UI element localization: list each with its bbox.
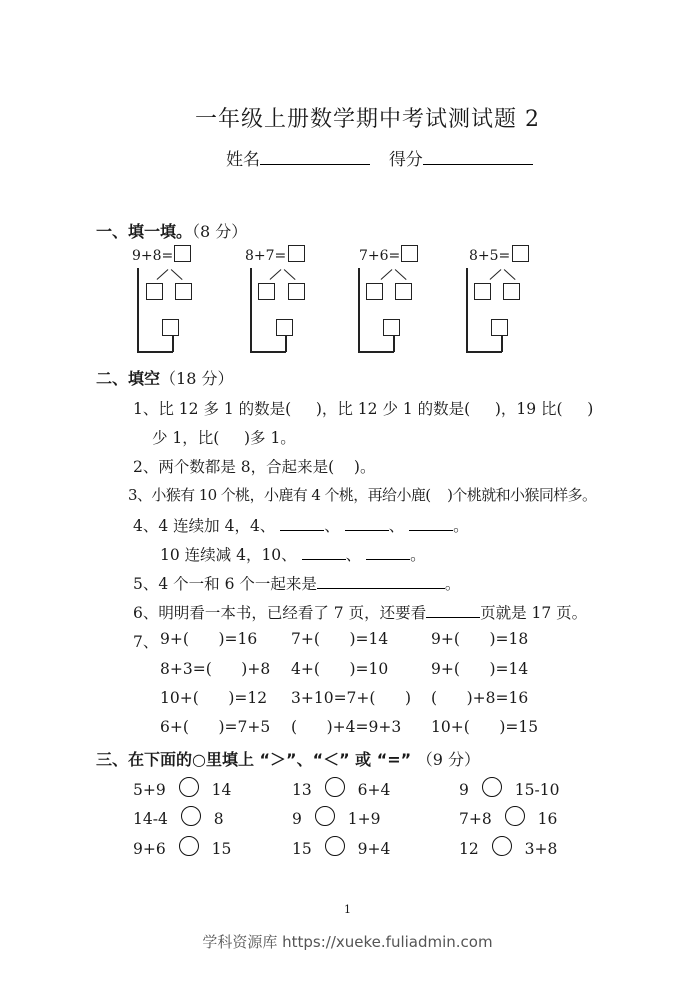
- answer-blank[interactable]: [409, 514, 453, 531]
- section2-title: 二、填空: [96, 369, 160, 388]
- bracket-left-line: [250, 268, 252, 352]
- page-title: 一年级上册数学期中考试测试题 2: [0, 102, 695, 133]
- right-operand: 8: [214, 810, 224, 828]
- sum-box[interactable]: [276, 319, 293, 336]
- split-box-left[interactable]: [474, 283, 491, 300]
- split-box-right[interactable]: [395, 283, 412, 300]
- question-2-3: 3、小猴有 10 个桃，小鹿有 4 个桃，再给小鹿( )个桃就和小猴同样多。: [128, 484, 596, 505]
- bracket-right-line: [501, 336, 503, 352]
- equation: 10+( )=12: [160, 689, 267, 707]
- title-text: 一年级上册数学期中考试测试题 2: [195, 102, 540, 133]
- compare-circle[interactable]: [482, 777, 502, 797]
- question-2-1-line1: 1、比 12 多 1 的数是( )，比 12 少 1 的数是( )，19 比( …: [133, 397, 593, 419]
- comparison-item: 14-4 8: [133, 806, 224, 828]
- compare-circle[interactable]: [505, 806, 525, 826]
- q6-text: 6、明明看一本书，已经看了 7 页，还要看: [133, 604, 426, 622]
- period: 。: [453, 517, 469, 535]
- diagram-expression: 8+5=: [469, 248, 510, 264]
- section1-heading: 一、填一填。（8 分）: [96, 219, 247, 242]
- equation: 10+( )=15: [431, 718, 538, 736]
- sum-box[interactable]: [162, 319, 179, 336]
- name-score-row: 姓名 得分: [226, 145, 533, 170]
- bracket-left-line: [466, 268, 468, 352]
- left-operand: 9: [459, 781, 469, 799]
- equation: 3+10=7+( ): [291, 689, 411, 707]
- question-2-6: 6、明明看一本书，已经看了 7 页，还要看页就是 17 页。: [133, 601, 587, 623]
- page-number: 1: [0, 903, 695, 916]
- left-operand: 7+8: [459, 810, 492, 828]
- question-2-5: 5、4 个一和 6 个一起来是。: [133, 572, 460, 594]
- compare-circle[interactable]: [325, 836, 345, 856]
- section1-title: 一、填一填。: [96, 222, 192, 241]
- section3-title: 三、在下面的○里填上 “＞”、“＜” 或 “=”: [96, 750, 411, 769]
- right-operand: 15: [212, 840, 232, 858]
- name-blank[interactable]: [260, 148, 370, 165]
- period: 。: [410, 546, 426, 564]
- comparison-item: 7+8 16: [459, 806, 557, 828]
- split-box-left[interactable]: [146, 283, 163, 300]
- split-box-right[interactable]: [288, 283, 305, 300]
- answer-blank[interactable]: [302, 543, 346, 560]
- left-operand: 9: [292, 810, 302, 828]
- diagram-expression: 7+6=: [359, 248, 400, 264]
- equation: 4+( )=10: [291, 660, 388, 678]
- answer-blank[interactable]: [426, 601, 480, 618]
- equation: ( )+4=9+3: [291, 718, 401, 736]
- answer-box[interactable]: [174, 245, 191, 262]
- split-box-left[interactable]: [366, 283, 383, 300]
- comparison-item: 9 1+9: [292, 806, 380, 828]
- bracket-bottom-line: [250, 351, 286, 353]
- compare-circle[interactable]: [179, 777, 199, 797]
- equation: 9+( )=14: [431, 660, 528, 678]
- sum-box[interactable]: [383, 319, 400, 336]
- left-operand: 12: [459, 840, 479, 858]
- question-2-4b: 10 连续减 4，10、 、 。: [160, 543, 426, 565]
- bracket-right-line: [172, 336, 174, 352]
- comparison-item: 9 15-10: [459, 777, 559, 799]
- compare-circle[interactable]: [179, 836, 199, 856]
- branch-line-left: [157, 269, 169, 280]
- right-operand: 9+4: [358, 840, 391, 858]
- equation: 7+( )=14: [291, 630, 388, 648]
- bracket-bottom-line: [358, 351, 394, 353]
- diagram-expression: 8+7=: [245, 248, 286, 264]
- q4-text: 4、4 连续加 4，4、: [133, 517, 275, 535]
- equation: 9+( )=18: [431, 630, 528, 648]
- right-operand: 16: [538, 810, 558, 828]
- equation: ( )+8=16: [431, 689, 528, 707]
- left-operand: 9+6: [133, 840, 166, 858]
- score-label: 得分: [389, 150, 423, 170]
- q5-text: 5、4 个一和 6 个一起来是: [133, 575, 317, 593]
- answer-blank[interactable]: [280, 514, 324, 531]
- branch-line-right: [395, 269, 407, 280]
- score-blank[interactable]: [423, 148, 533, 165]
- question-2-4: 4、4 连续加 4，4、 、 、 。: [133, 514, 469, 536]
- comparison-item: 12 3+8: [459, 836, 557, 858]
- split-box-right[interactable]: [503, 283, 520, 300]
- branch-line-left: [270, 269, 282, 280]
- answer-blank[interactable]: [366, 543, 410, 560]
- section2-points: （18 分）: [160, 369, 233, 388]
- answer-box[interactable]: [512, 245, 529, 262]
- answer-box[interactable]: [288, 245, 305, 262]
- equation: 6+( )=7+5: [160, 718, 270, 736]
- question-2-1-line2: 少 1，比( )多 1。: [152, 426, 296, 448]
- bracket-bottom-line: [137, 351, 173, 353]
- split-box-left[interactable]: [258, 283, 275, 300]
- compare-circle[interactable]: [315, 806, 335, 826]
- sum-box[interactable]: [491, 319, 508, 336]
- source-watermark: 学科资源库 https://xueke.fuliadmin.com: [0, 931, 695, 952]
- left-operand: 5+9: [133, 781, 166, 799]
- compare-circle[interactable]: [181, 806, 201, 826]
- left-operand: 15: [292, 840, 312, 858]
- separator: 、: [346, 546, 362, 564]
- right-operand: 1+9: [348, 810, 381, 828]
- equation: 9+( )=16: [160, 630, 257, 648]
- compare-circle[interactable]: [325, 777, 345, 797]
- bracket-right-line: [285, 336, 287, 352]
- q7-label: 7、: [133, 630, 158, 652]
- left-operand: 13: [292, 781, 312, 799]
- branch-line-right: [284, 269, 296, 280]
- compare-circle[interactable]: [492, 836, 512, 856]
- right-operand: 15-10: [515, 781, 560, 799]
- period: 。: [445, 575, 461, 593]
- comparison-item: 13 6+4: [292, 777, 390, 799]
- branch-line-left: [381, 269, 393, 280]
- answer-blank[interactable]: [317, 572, 445, 589]
- bracket-left-line: [358, 268, 360, 352]
- separator: 、: [389, 517, 405, 535]
- left-operand: 14-4: [133, 810, 168, 828]
- comparison-item: 5+9 14: [133, 777, 231, 799]
- name-label: 姓名: [226, 150, 260, 170]
- right-operand: 14: [212, 781, 232, 799]
- right-operand: 6+4: [358, 781, 391, 799]
- bracket-left-line: [137, 268, 139, 352]
- bracket-bottom-line: [466, 351, 502, 353]
- branch-line-left: [490, 269, 502, 280]
- branch-line-right: [171, 269, 183, 280]
- right-operand: 3+8: [525, 840, 558, 858]
- question-2-2: 2、两个数都是 8，合起来是( )。: [133, 455, 375, 477]
- split-box-right[interactable]: [175, 283, 192, 300]
- section1-points: （8 分）: [192, 222, 247, 241]
- section3-points: （9 分）: [417, 750, 480, 769]
- answer-blank[interactable]: [345, 514, 389, 531]
- diagram-expression: 9+8=: [132, 248, 173, 264]
- branch-line-right: [504, 269, 516, 280]
- answer-box[interactable]: [401, 245, 418, 262]
- separator: 、: [324, 517, 340, 535]
- q6-suffix: 页就是 17 页。: [480, 604, 587, 622]
- comparison-item: 9+6 15: [133, 836, 231, 858]
- q4b-text: 10 连续减 4，10、: [160, 546, 297, 564]
- section2-heading: 二、填空（18 分）: [96, 366, 233, 389]
- comparison-item: 15 9+4: [292, 836, 390, 858]
- section3-heading: 三、在下面的○里填上 “＞”、“＜” 或 “=” （9 分）: [96, 747, 480, 770]
- bracket-right-line: [393, 336, 395, 352]
- equation: 8+3=( )+8: [160, 660, 270, 678]
